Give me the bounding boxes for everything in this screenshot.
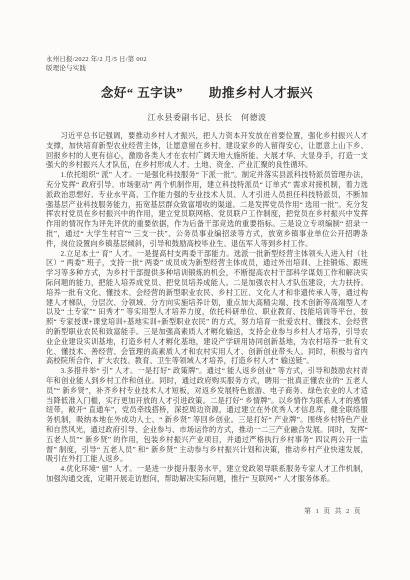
paragraph-section-3: 3.多措并举“ 引” 人才。一是打好“ 政策牌”。通过“ 能人返乡创业” 等方式… <box>46 367 368 465</box>
document-page: 永州日报/2022 年/2 月/5 日/第 002 版理论与实践 念好“ 五字诀… <box>0 0 410 580</box>
paragraph-section-2: 2.立足本土“ 育” 人才。一是提高村支两委干部能力。选派一批新型经营主体领头人… <box>46 250 368 368</box>
publication-header-line1: 永州日报/2022 年/2 月/5 日/第 002 <box>46 55 368 64</box>
paragraph-intro: 习近平总书记强调，要推动乡村人才振兴，把人力资本开发放在首要位置，强化乡村振兴人… <box>46 132 368 171</box>
article-byline: 江永县委副书记、县长 何德波 <box>46 112 368 123</box>
paragraph-section-1: 1.依托组织“ 派” 人才。一是强化科技服务“ 下派一批”。制定并落实县派科技特… <box>46 171 368 249</box>
page-number: 第 1 页 共 2 页 <box>304 505 362 515</box>
publication-header: 永州日报/2022 年/2 月/5 日/第 002 版理论与实践 <box>46 55 368 73</box>
paragraph-section-4: 4.优化环境“ 留” 人才。一是进一步提升服务水平，建立党政领导联系服务专家人才… <box>46 465 368 485</box>
article-body: 习近平总书记强调，要推动乡村人才振兴，把人力资本开发放在首要位置，强化乡村振兴人… <box>46 132 368 485</box>
publication-header-line2: 版理论与实践 <box>46 64 368 73</box>
article-title: 念好“ 五字诀” 助推乡村人才振兴 <box>46 86 368 101</box>
